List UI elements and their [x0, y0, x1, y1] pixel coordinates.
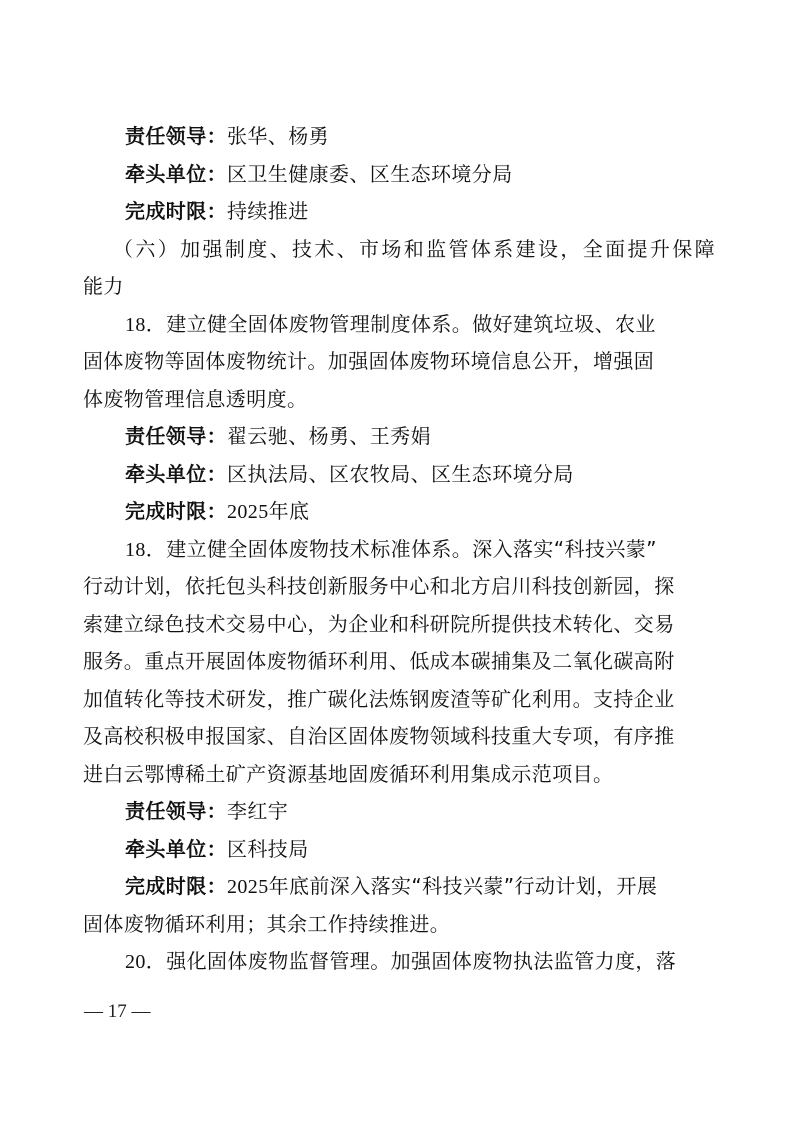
item-18a-line2: 固体废物等固体废物统计。加强固体废物环境信息公开，增强固	[83, 343, 715, 381]
responsible-leader-value: 李红宇	[227, 799, 288, 823]
lead-unit-label: 牵头单位：	[125, 462, 227, 486]
lead-unit-line: 牵头单位：区执法局、区农牧局、区生态环境分局	[83, 456, 715, 494]
item-18b-line1: 18．建立健全固体废物技术标准体系。深入落实“科技兴蒙”	[83, 531, 715, 569]
lead-unit-label: 牵头单位：	[125, 837, 227, 861]
responsible-leader-line: 责任领导：张华、杨勇	[83, 118, 715, 156]
item-text: 建立健全固体废物技术标准体系。深入落实“科技兴蒙”	[166, 537, 657, 561]
section-heading-6-cont: 能力	[83, 268, 715, 306]
responsible-leader-label: 责任领导：	[125, 799, 227, 823]
section-heading-6: （六）加强制度、技术、市场和监管体系建设，全面提升保障	[83, 231, 715, 269]
page-number: — 17 —	[84, 1001, 151, 1023]
item-18a-line1: 18．建立健全固体废物管理制度体系。做好建筑垃圾、农业	[83, 306, 715, 344]
deadline-line: 完成时限：持续推进	[83, 193, 715, 231]
deadline-line: 完成时限：2025年底	[83, 493, 715, 531]
lead-unit-line: 牵头单位：区科技局	[83, 831, 715, 869]
lead-unit-line: 牵头单位：区卫生健康委、区生态环境分局	[83, 156, 715, 194]
responsible-leader-label: 责任领导：	[125, 424, 227, 448]
item-18b-line2: 行动计划，依托包头科技创新服务中心和北方启川科技创新园，探	[83, 568, 715, 606]
deadline-value: 持续推进	[227, 199, 309, 223]
deadline-label: 完成时限：	[125, 874, 227, 898]
lead-unit-value: 区卫生健康委、区生态环境分局	[227, 162, 513, 186]
item-number: 18．	[125, 314, 166, 336]
deadline-line: 完成时限：2025年底前深入落实“科技兴蒙”行动计划，开展	[83, 868, 715, 906]
responsible-leader-value: 翟云驰、杨勇、王秀娟	[227, 424, 431, 448]
item-18b-line6: 及高校积极申报国家、自治区固体废物领域科技重大专项，有序推	[83, 718, 715, 756]
deadline-value: 年底	[269, 499, 310, 523]
item-18a-line3: 体废物管理信息透明度。	[83, 381, 715, 419]
deadline-value: 年底前深入落实“科技兴蒙”行动计划，开展	[269, 874, 658, 898]
item-18b-line3: 索建立绿色技术交易中心，为企业和科研院所提供技术转化、交易	[83, 606, 715, 644]
item-text: 建立健全固体废物管理制度体系。做好建筑垃圾、农业	[166, 312, 656, 336]
document-body: 责任领导：张华、杨勇 牵头单位：区卫生健康委、区生态环境分局 完成时限：持续推进…	[83, 118, 715, 981]
deadline-value-cont: 固体废物循环利用；其余工作持续推进。	[83, 906, 715, 944]
lead-unit-value: 区科技局	[227, 837, 309, 861]
item-number: 18．	[125, 539, 166, 561]
deadline-year: 2025	[227, 876, 269, 898]
item-18b-line5: 加值转化等技术研发，推广碳化法炼钢废渣等矿化利用。支持企业	[83, 681, 715, 719]
responsible-leader-value: 张华、杨勇	[227, 124, 329, 148]
responsible-leader-line: 责任领导：李红宇	[83, 793, 715, 831]
item-number: 20．	[125, 951, 166, 973]
item-20-line1: 20．强化固体废物监督管理。加强固体废物执法监管力度，落	[83, 943, 715, 981]
item-text: 强化固体废物监督管理。加强固体废物执法监管力度，落	[166, 949, 676, 973]
item-18b-line4: 服务。重点开展固体废物循环利用、低成本碳捕集及二氧化碳高附	[83, 643, 715, 681]
deadline-label: 完成时限：	[125, 199, 227, 223]
lead-unit-value: 区执法局、区农牧局、区生态环境分局	[227, 462, 574, 486]
responsible-leader-line: 责任领导：翟云驰、杨勇、王秀娟	[83, 418, 715, 456]
deadline-label: 完成时限：	[125, 499, 227, 523]
lead-unit-label: 牵头单位：	[125, 162, 227, 186]
responsible-leader-label: 责任领导：	[125, 124, 227, 148]
item-18b-line7: 进白云鄂博稀土矿产资源基地固废循环利用集成示范项目。	[83, 756, 715, 794]
deadline-year: 2025	[227, 501, 269, 523]
